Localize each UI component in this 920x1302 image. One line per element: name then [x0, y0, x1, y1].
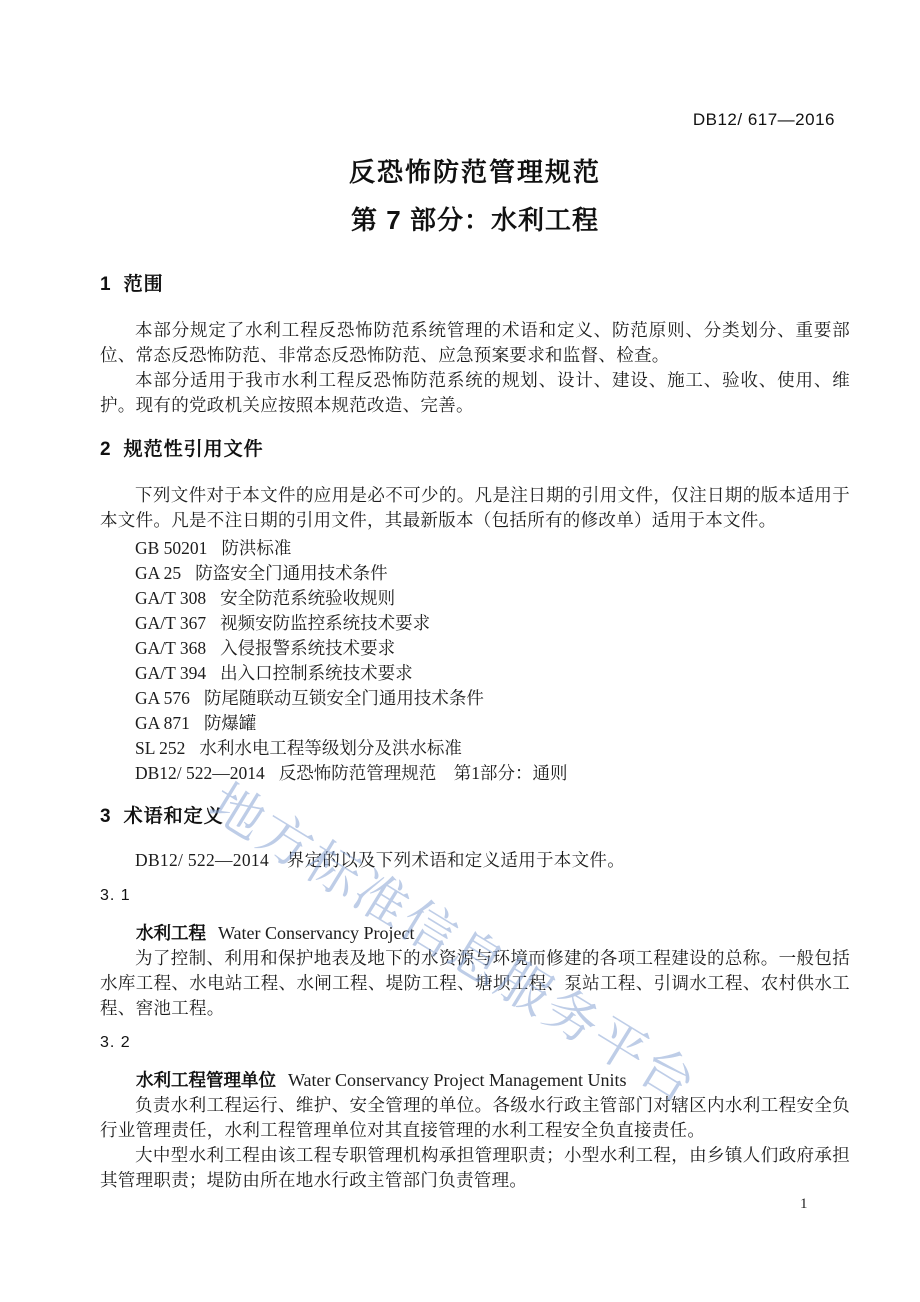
reference-code: GA/T 367	[135, 613, 206, 633]
reference-item: GA 576防尾随联动互锁安全门通用技术条件	[100, 686, 850, 711]
reference-title: 视频安防监控系统技术要求	[220, 613, 430, 633]
reference-item: GA/T 394出入口控制系统技术要求	[100, 661, 850, 686]
reference-item: GA/T 368入侵报警系统技术要求	[100, 636, 850, 661]
reference-code: GA 871	[135, 713, 190, 733]
reference-title: 出入口控制系统技术要求	[220, 663, 413, 683]
reference-code: SL 252	[135, 738, 185, 758]
term-english: Water Conservancy Project	[218, 923, 414, 943]
reference-title: 防爆罐	[204, 713, 257, 733]
paragraph: 本部分适用于我市水利工程反恐怖防范系统的规划、设计、建设、施工、验收、使用、维护…	[100, 368, 850, 418]
term-definition-heading: 水利工程管理单位Water Conservancy Project Manage…	[100, 1068, 850, 1093]
paragraph: 为了控制、利用和保护地表及地下的水资源与环境而修建的各项工程建设的总称。一般包括…	[100, 946, 850, 1021]
section-number: 1	[100, 274, 111, 295]
document-title: 反恐怖防范管理规范	[100, 155, 850, 189]
section-title: 术语和定义	[124, 806, 224, 827]
document-subtitle: 第 7 部分：水利工程	[100, 203, 850, 237]
reference-code: GA/T 308	[135, 588, 206, 608]
paragraph: 负责水利工程运行、维护、安全管理的单位。各级水行政主管部门对辖区内水利工程安全负…	[100, 1093, 850, 1143]
reference-item: GA/T 367视频安防监控系统技术要求	[100, 611, 850, 636]
term-definition-heading: 水利工程Water Conservancy Project	[100, 921, 850, 946]
reference-title: 水利水电工程等级划分及洪水标准	[199, 738, 462, 758]
paragraph: 本部分规定了水利工程反恐怖防范系统管理的术语和定义、防范原则、分类划分、重要部位…	[100, 318, 850, 368]
reference-code: GB 50201	[135, 538, 207, 558]
paragraph: 下列文件对于本文件的应用是必不可少的。凡是注日期的引用文件，仅注日期的版本适用于…	[100, 483, 850, 533]
reference-code: GA 25	[135, 563, 181, 583]
section-1-heading: 1范围	[100, 273, 850, 297]
reference-item: GA 25防盗安全门通用技术条件	[100, 561, 850, 586]
term-chinese: 水利工程管理单位	[136, 1070, 276, 1090]
reference-item: SL 252水利水电工程等级划分及洪水标准	[100, 736, 850, 761]
reference-title: 反恐怖防范管理规范 第1部分：通则	[279, 763, 568, 783]
reference-item: GA 871防爆罐	[100, 711, 850, 736]
reference-title: 防洪标准	[221, 538, 291, 558]
section-title: 规范性引用文件	[124, 439, 264, 460]
reference-title: 安全防范系统验收规则	[220, 588, 395, 608]
section-title: 范围	[124, 274, 164, 295]
reference-code: GA 576	[135, 688, 190, 708]
reference-item: GB 50201防洪标准	[100, 536, 850, 561]
reference-item: GA/T 308安全防范系统验收规则	[100, 586, 850, 611]
document-page: DB12/ 617—2016 地方标准信息服务平台 反恐怖防范管理规范 第 7 …	[0, 0, 920, 1302]
section-2-heading: 2规范性引用文件	[100, 438, 850, 462]
reference-list: GB 50201防洪标准 GA 25防盗安全门通用技术条件 GA/T 308安全…	[100, 536, 850, 786]
section-3-heading: 3术语和定义	[100, 805, 850, 829]
paragraph: 大中型水利工程由该工程专职管理机构承担管理职责；小型水利工程，由乡镇人们政府承担…	[100, 1143, 850, 1193]
reference-item: DB12/ 522—2014反恐怖防范管理规范 第1部分：通则	[100, 761, 850, 786]
page-number: 1	[800, 1196, 808, 1213]
document-content: 反恐怖防范管理规范 第 7 部分：水利工程 1范围 本部分规定了水利工程反恐怖防…	[100, 0, 850, 1193]
reference-title: 防盗安全门通用技术条件	[195, 563, 388, 583]
reference-code: GA/T 368	[135, 638, 206, 658]
reference-code: DB12/ 522—2014	[135, 763, 265, 783]
section-number: 2	[100, 439, 111, 460]
section-number: 3	[100, 806, 111, 827]
clause-number-3-2: 3. 2	[100, 1033, 850, 1053]
term-chinese: 水利工程	[136, 923, 206, 943]
reference-code: GA/T 394	[135, 663, 206, 683]
paragraph: DB12/ 522—2014 界定的以及下列术语和定义适用于本文件。	[100, 848, 850, 873]
reference-title: 入侵报警系统技术要求	[220, 638, 395, 658]
term-english: Water Conservancy Project Management Uni…	[288, 1070, 626, 1090]
reference-title: 防尾随联动互锁安全门通用技术条件	[204, 688, 484, 708]
clause-number-3-1: 3. 1	[100, 886, 850, 906]
